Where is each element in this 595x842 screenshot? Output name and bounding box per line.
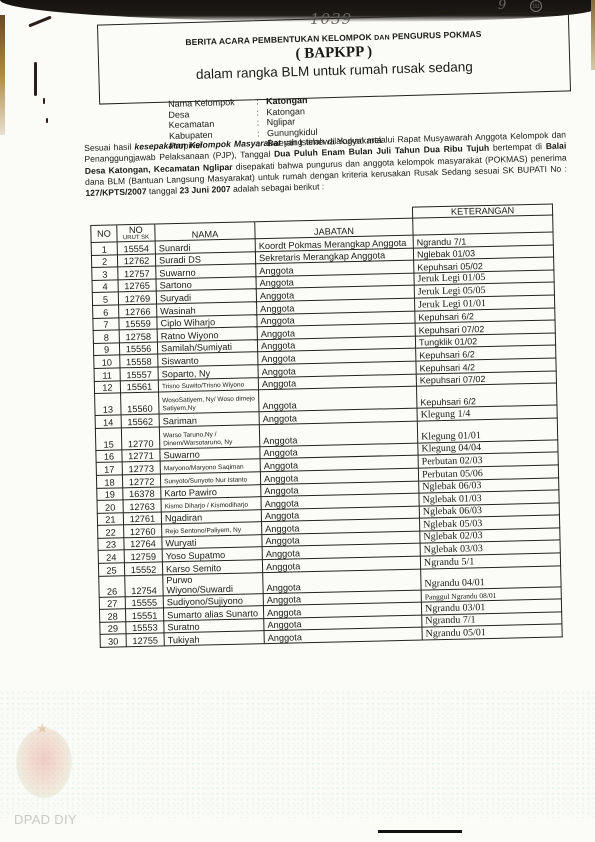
cell-sk-number: 12769 [118, 291, 156, 304]
cell-no: 9 [93, 343, 119, 356]
cell-no: 10 [94, 355, 120, 368]
members-table-wrapper: KETERANGAN NO NOURUT SK NAMA JABATAN 115… [90, 204, 562, 648]
cell-no: 24 [98, 550, 124, 563]
circled-page-mark: iii [530, 0, 542, 12]
cell-no: 20 [97, 500, 123, 513]
cell-no: 18 [96, 475, 122, 488]
cell-sk-number: 15562 [121, 414, 159, 427]
cell-no: 13 [95, 393, 121, 416]
cell-name: Tukiyah [164, 631, 264, 646]
pen-mark [43, 98, 45, 104]
cell-no: 17 [96, 462, 122, 475]
cell-no: 30 [100, 634, 126, 647]
cell-sk-number: 15552 [124, 562, 162, 575]
cell-no: 28 [99, 609, 125, 622]
scan-right-edge [591, 0, 595, 70]
cell-sk-number: 15553 [126, 621, 164, 634]
cell-no: 7 [93, 317, 119, 330]
cell-sk-number: 12766 [119, 304, 157, 317]
cell-no: 19 [97, 487, 123, 500]
info-separator: : [256, 96, 266, 107]
cell-sk-number: 15560 [121, 392, 159, 415]
cell-no: 29 [100, 622, 126, 635]
cell-no: 15 [95, 428, 121, 451]
info-separator: : [257, 117, 267, 128]
header-no: NO [91, 225, 117, 243]
cell-name: Warso Taruno,Ny / Dinem/Warsotaruno, Ny [159, 424, 259, 448]
cell-sk-number: 12759 [124, 549, 162, 562]
cell-sk-number: 12773 [122, 461, 160, 474]
cell-sk-number: 12772 [122, 474, 160, 487]
cell-sk-number: 12761 [123, 512, 161, 525]
cell-sk-number: 12757 [118, 266, 156, 279]
info-value: Nglipar [267, 116, 296, 127]
cell-sk-number: 12758 [119, 329, 157, 342]
cell-sk-number: 12765 [118, 279, 156, 292]
redaction-bar [378, 830, 462, 833]
info-separator: : [256, 107, 266, 118]
cell-no: 2 [91, 254, 117, 267]
cell-sk-number: 15559 [119, 317, 157, 330]
cell-no: 23 [98, 538, 124, 551]
cell-sk-number: 15558 [120, 354, 158, 367]
info-value: Katongan [266, 106, 305, 118]
intro-paragraph: Sesuai hasil kesepakatan Kelompok Masyar… [84, 130, 567, 200]
cell-sk-number: 12770 [121, 427, 159, 450]
document-title-box: BERITA ACARA PEMBENTUKAN KELOMPOK DAN PE… [97, 11, 571, 104]
cell-no: 8 [93, 330, 119, 343]
cell-sk-number: 12763 [123, 499, 161, 512]
cell-no: 25 [98, 563, 124, 576]
cell-no: 16 [96, 450, 122, 463]
handwritten-corner-mark: 9 [498, 0, 506, 13]
cell-sk-number: 12762 [117, 254, 155, 267]
cell-remarks: Ngrandu 05/01 [422, 624, 562, 640]
seal-star-icon: ★ [36, 720, 49, 737]
cell-no: 26 [99, 575, 125, 597]
cell-no: 21 [97, 513, 123, 526]
cell-no: 1 [91, 242, 117, 255]
archive-watermark: DPAD DIY [14, 812, 77, 827]
pen-mark [34, 62, 37, 96]
cell-remarks: Klegung 01/01 [417, 418, 557, 443]
cell-sk-number: 15554 [117, 241, 155, 254]
cell-name: Purwo Wiyono/Suwardi [163, 572, 263, 595]
scan-left-edge [0, 15, 5, 135]
cell-sk-number: 12760 [124, 524, 162, 537]
members-table-body: 115554SunardiKoordt Pokmas Merangkap Ang… [91, 232, 562, 647]
cell-no: 14 [95, 415, 121, 428]
cell-no: 11 [94, 368, 120, 381]
cell-name: WosoSatiyem, Ny/ Woso dimejo Satiyem,Ny [159, 390, 259, 414]
pen-mark [46, 118, 48, 123]
cell-no: 27 [99, 596, 125, 609]
cell-sk-number: 16378 [123, 486, 161, 499]
cell-sk-number: 12764 [124, 537, 162, 550]
cell-sk-number: 12754 [125, 575, 163, 597]
scan-noise [0, 690, 595, 818]
cell-remarks: Kepuhsari 6/2 [416, 383, 556, 408]
cell-sk-number: 15557 [120, 367, 158, 380]
cell-no: 22 [98, 525, 124, 538]
cell-no: 4 [92, 280, 118, 293]
coat-of-arms-seal-icon [16, 728, 72, 798]
cell-sk-number: 15556 [119, 342, 157, 355]
pen-mark [28, 16, 51, 28]
cell-no: 3 [92, 267, 118, 280]
cell-sk-number: 12755 [126, 633, 164, 646]
members-table: KETERANGAN NO NOURUT SK NAMA JABATAN 115… [90, 203, 563, 647]
cell-sk-number: 15555 [125, 596, 163, 609]
header-no-urut-sk: NOURUT SK [117, 224, 155, 242]
cell-sk-number: 15551 [125, 608, 163, 621]
cell-sk-number: 12771 [122, 449, 160, 462]
cell-sk-number: 15561 [120, 380, 158, 393]
cell-no: 12 [94, 380, 120, 393]
cell-no: 6 [93, 305, 119, 318]
cell-no: 5 [92, 292, 118, 305]
